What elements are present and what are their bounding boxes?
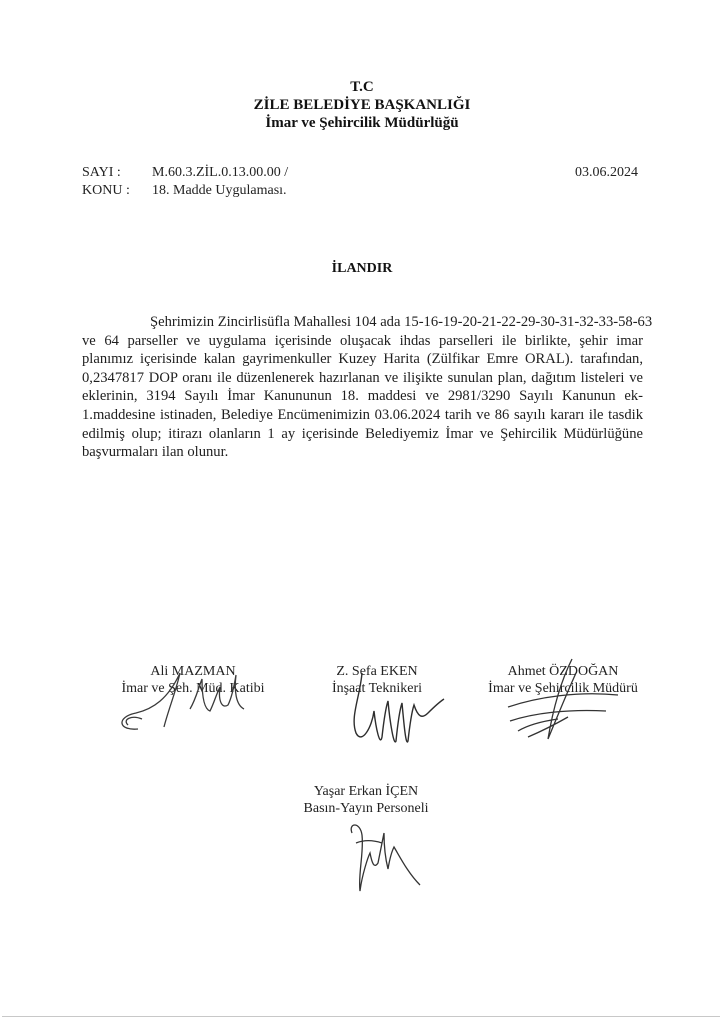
signatory-block-tekniker: Z. Sefa EKEN İnşaat Teknikeri: [302, 663, 452, 697]
body-line: ve 64 parseller ve uygulama içerisinde o…: [82, 332, 643, 351]
document-date: 03.06.2024: [575, 164, 638, 182]
page-bottom-rule: [2, 1016, 720, 1017]
signatory-block-katib: Ali MAZMAN İmar ve Şeh. Müd. Katibi: [108, 663, 278, 697]
signatory-name: Ahmet ÖZDOĞAN: [468, 663, 658, 680]
body-line: 1.maddesine istinaden, Belediye Encümeni…: [82, 406, 643, 425]
signatory-block-personel: Yaşar Erkan İÇEN Basın-Yayın Personeli: [286, 783, 446, 817]
body-line: planımız içerisinde kalan gayrimenkuller…: [82, 350, 643, 369]
sayi-label: SAYI :: [82, 164, 152, 182]
reference-block: SAYI : M.60.3.ZİL.0.13.00.00 / KONU : 18…: [82, 164, 288, 200]
body-line: 0,2347817 DOP oranı ile düzenlenerek haz…: [82, 369, 643, 388]
letterhead-institution: ZİLE BELEDİYE BAŞKANLIĞI: [0, 96, 724, 114]
letterhead-country: T.C: [0, 78, 724, 96]
letterhead-department: İmar ve Şehircilik Müdürlüğü: [0, 114, 724, 132]
signatory-name: Yaşar Erkan İÇEN: [286, 783, 446, 800]
body-line: başvurmaları ilan olunur.: [82, 443, 643, 462]
signatory-role: İmar ve Şeh. Müd. Katibi: [108, 680, 278, 697]
signatory-block-mudur: Ahmet ÖZDOĞAN İmar ve Şehircilik Müdürü: [468, 663, 658, 697]
signatory-role: Basın-Yayın Personeli: [286, 800, 446, 817]
konu-value: 18. Madde Uygulaması.: [152, 182, 287, 200]
signatory-name: Z. Sefa EKEN: [302, 663, 452, 680]
konu-row: KONU : 18. Madde Uygulaması.: [82, 182, 288, 200]
body-line: Şehrimizin Zincirlisüfla Mahallesi 104 a…: [82, 313, 643, 332]
signatory-role: İnşaat Teknikeri: [302, 680, 452, 697]
konu-label: KONU :: [82, 182, 152, 200]
signatory-name: Ali MAZMAN: [108, 663, 278, 680]
signatory-role: İmar ve Şehircilik Müdürü: [468, 680, 658, 697]
document-title: İLANDIR: [0, 261, 724, 277]
handwritten-signature-icon: [336, 813, 426, 897]
sayi-value: M.60.3.ZİL.0.13.00.00 /: [152, 164, 288, 182]
announcement-body: Şehrimizin Zincirlisüfla Mahallesi 104 a…: [82, 313, 643, 462]
body-line: eklerinin, 3194 Sayılı İmar Kanununun 18…: [82, 387, 643, 406]
sayi-row: SAYI : M.60.3.ZİL.0.13.00.00 /: [82, 164, 288, 182]
body-line: edilmiş olup; itirazı olanların 1 ay içe…: [82, 425, 643, 444]
letterhead: T.C ZİLE BELEDİYE BAŞKANLIĞI İmar ve Şeh…: [0, 78, 724, 132]
